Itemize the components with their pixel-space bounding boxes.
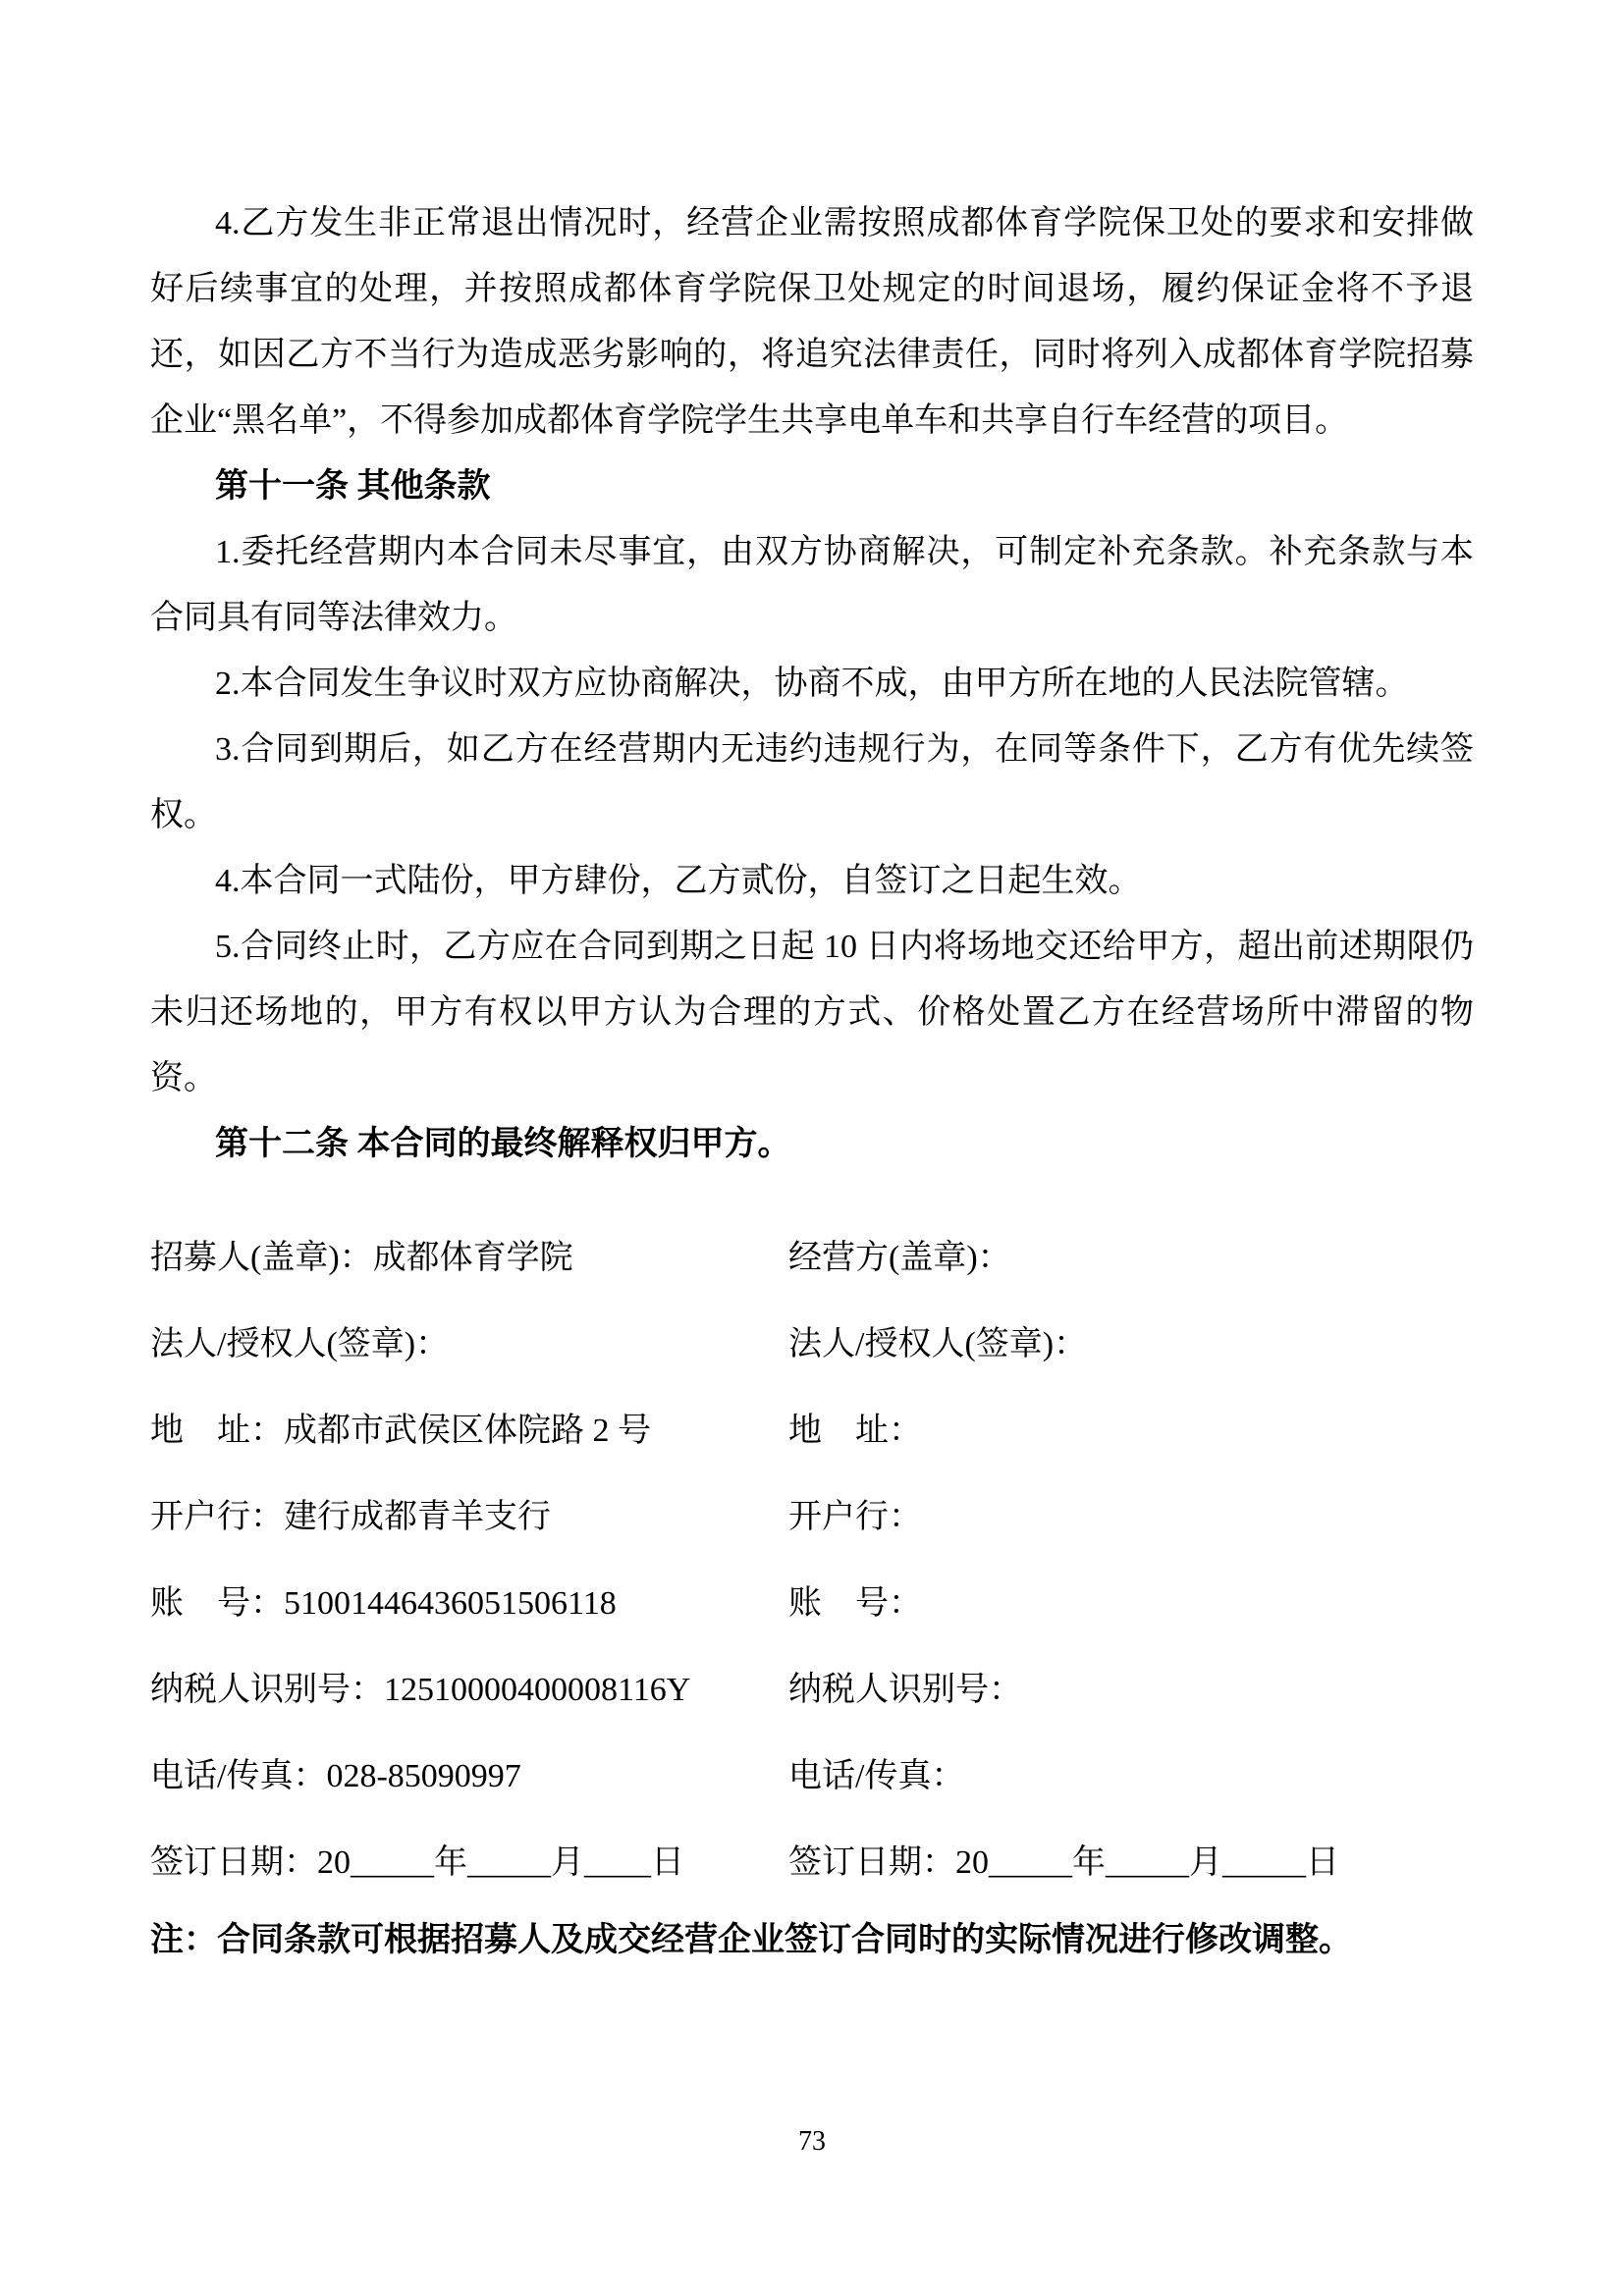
operator-address-label: 地 址： <box>788 1413 922 1449</box>
clause-article11-item4: 4.本合同一式陆份，甲方肆份，乙方贰份，自签订之日起生效。 <box>150 848 1474 914</box>
clause-article11-item1: 1.委托经营期内本合同未尽事宜，由双方协商解决，可制定补充条款。补充条款与本合同… <box>150 519 1474 651</box>
signature-row-address: 地 址：成都市武侯区体院路 2 号 地 址： <box>150 1383 1474 1469</box>
recruiter-account-label: 账 号： <box>150 1585 284 1622</box>
operator-account-label: 账 号： <box>788 1585 922 1622</box>
operator-date-value: 20_____年_____月_____日 <box>955 1844 1339 1881</box>
operator-bank-label: 开户行： <box>788 1499 922 1535</box>
recruiter-seal-value: 成都体育学院 <box>373 1240 573 1276</box>
operator-legal-label: 法人/授权人(签章)： <box>788 1326 1087 1362</box>
footnote: 注：合同条款可根据招募人及成交经营企业签订合同时的实际情况进行修改调整。 <box>150 1907 1474 1973</box>
operator-taxid-label: 纳税人识别号： <box>788 1672 1022 1708</box>
contract-content: 4.乙方发生非正常退出情况时，经营企业需按照成都体育学院保卫处的要求和安排做好后… <box>150 190 1474 1973</box>
recruiter-date-value: 20_____年_____月____日 <box>317 1844 684 1881</box>
heading-article-11: 第十一条 其他条款 <box>150 454 1474 519</box>
clause-article11-item5: 5.合同终止时，乙方应在合同到期之日起 10 日内将场地交还给甲方，超出前述期限… <box>150 914 1474 1111</box>
recruiter-account-value: 51001446436051506118 <box>284 1585 617 1622</box>
recruiter-address-label: 地 址： <box>150 1413 284 1449</box>
recruiter-bank-label: 开户行： <box>150 1499 284 1535</box>
recruiter-bank-value: 建行成都青羊支行 <box>284 1499 551 1535</box>
recruiter-taxid-label: 纳税人识别号： <box>150 1672 384 1708</box>
clause-article11-item3: 3.合同到期后，如乙方在经营期内无违约违规行为，在同等条件下，乙方有优先续签权。 <box>150 717 1474 848</box>
contract-page: 4.乙方发生非正常退出情况时，经营企业需按照成都体育学院保卫处的要求和安排做好后… <box>0 0 1624 2296</box>
page-number: 73 <box>0 2122 1624 2162</box>
signature-block: 招募人(盖章)：成都体育学院 经营方(盖章)： 法人/授权人(签章)： 法人/授… <box>150 1210 1474 1901</box>
recruiter-phone-value: 028-85090997 <box>326 1758 520 1794</box>
clause-article11-item2: 2.本合同发生争议时双方应协商解决，协商不成，由甲方所在地的人民法院管辖。 <box>150 651 1474 717</box>
recruiter-taxid-value: 12510000400008116Y <box>384 1672 690 1708</box>
signature-row-party: 招募人(盖章)：成都体育学院 经营方(盖章)： <box>150 1210 1474 1297</box>
signature-row-legal-person: 法人/授权人(签章)： 法人/授权人(签章)： <box>150 1297 1474 1383</box>
recruiter-legal-label: 法人/授权人(签章)： <box>150 1326 449 1362</box>
signature-row-taxpayer-id: 纳税人识别号：12510000400008116Y 纳税人识别号： <box>150 1642 1474 1729</box>
recruiter-phone-label: 电话/传真： <box>150 1758 326 1794</box>
clause-article10-item4: 4.乙方发生非正常退出情况时，经营企业需按照成都体育学院保卫处的要求和安排做好后… <box>150 190 1474 454</box>
operator-phone-label: 电话/传真： <box>788 1758 964 1794</box>
operator-seal-label: 经营方(盖章)： <box>788 1240 1011 1276</box>
operator-date-label: 签订日期： <box>788 1844 955 1881</box>
recruiter-date-label: 签订日期： <box>150 1844 317 1881</box>
heading-article-12: 第十二条 本合同的最终解释权归甲方。 <box>150 1111 1474 1177</box>
signature-row-account: 账 号：51001446436051506118 账 号： <box>150 1556 1474 1642</box>
recruiter-seal-label: 招募人(盖章)： <box>150 1240 373 1276</box>
recruiter-address-value: 成都市武侯区体院路 2 号 <box>284 1413 651 1449</box>
signature-row-phone-fax: 电话/传真：028-85090997 电话/传真： <box>150 1729 1474 1815</box>
signature-row-sign-date: 签订日期：20_____年_____月____日 签订日期：20_____年__… <box>150 1815 1474 1901</box>
signature-row-bank: 开户行：建行成都青羊支行 开户行： <box>150 1469 1474 1556</box>
